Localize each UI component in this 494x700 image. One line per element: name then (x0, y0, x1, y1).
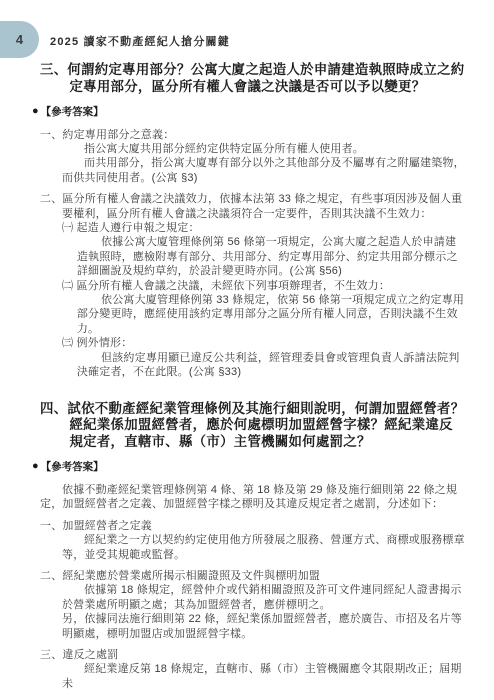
answer-subparagraph: 依據公寓大廈管理條例第 56 條第一項規定，公寓大廈之起造人於申請建造執照時，應… (77, 235, 466, 278)
answer-item: 一、加盟經營者之定義 (40, 519, 466, 533)
question-3-heading: 三、何謂約定專用部分？公寓大廈之起造人於申請建造執照時成立之約定專用部分，區分所… (40, 62, 466, 96)
answer-subitem: ㈡ 區分所有權人會議之決議，未經依下列事項辦理者，不生效力： (62, 279, 466, 293)
question-4-number: 四、 (40, 401, 67, 416)
answer-item: 三、違反之處罰 (40, 648, 466, 662)
answer-paragraph: 經紀業之一方以契約約定使用他方所發展之服務、營運方式、商標或服務標章等，並受其規… (62, 533, 466, 562)
answer-item: 二、區分所有權人會議之決議效力，依據本法第 33 條之規定，有些事項因涉及個人重… (40, 192, 466, 221)
answer-blocks: 一、約定專用部分之意義： 指公寓大廈共用部分經約定供特定區分所有權人使用者。 而… (40, 128, 466, 380)
page-content: 三、何謂約定專用部分？公寓大廈之起造人於申請建造執照時成立之約定專用部分，區分所… (40, 62, 466, 691)
question-4-heading: 四、試依不動產經紀業管理條例及其施行細則說明，何謂加盟經營者？經紀業係加盟經營者… (40, 401, 466, 451)
answer-intro: 依據不動產經紀業管理條例第 4 條、第 18 條及第 29 條及施行細則第 22… (40, 483, 466, 512)
book-page: 4 2025 讀家不動產經紀人搶分關鍵 三、何謂約定專用部分？公寓大廈之起造人於… (0, 0, 494, 700)
answer-subitem: ㈢ 例外情形： (62, 336, 466, 350)
answer-item: 二、經紀業應於營業處所揭示相關證照及文件與標明加盟 (40, 569, 466, 583)
answer-label: ● 【參考答案】 (32, 459, 466, 474)
answer-paragraph: 指公寓大廈共用部分經約定供特定區分所有權人使用者。 (62, 142, 466, 156)
answer-paragraph: 依據第 18 條規定，經營仲介或代銷相關證照及許可文件連同經紀人證書揭示於營業處… (62, 583, 466, 612)
answer-paragraph: 另，依據同法施行細則第 22 條，經紀業係加盟經營者，應於廣告、市招及名片等明顯… (62, 612, 466, 641)
question-4: 四、試依不動產經紀業管理條例及其施行細則說明，何謂加盟經營者？經紀業係加盟經營者… (40, 401, 466, 692)
answer-subparagraph: 依公寓大廈管理條例第 33 條規定，依第 56 條第一項規定成立之約定專用部分變… (77, 293, 466, 336)
page-header: 4 2025 讀家不動產經紀人搶分關鍵 (0, 0, 494, 58)
book-title: 2025 讀家不動產經紀人搶分關鍵 (50, 33, 230, 49)
bullet-icon: ● (32, 461, 39, 472)
question-3-number: 三、 (40, 62, 67, 77)
answer-label: ● 【參考答案】 (32, 104, 466, 119)
question-3-title: 何謂約定專用部分？公寓大廈之起造人於申請建造執照時成立之約定專用部分，區分所有權… (67, 62, 464, 94)
answer-label-text: 【參考答案】 (41, 459, 104, 474)
answer-blocks: 依據不動產經紀業管理條例第 4 條、第 18 條及第 29 條及施行細則第 22… (40, 483, 466, 691)
answer-paragraph: 經紀業違反第 18 條規定，直轄市、縣（市）主管機關應令其限期改正；屆期未 (62, 662, 466, 691)
page-number: 4 (16, 32, 23, 47)
page-number-badge: 4 (0, 21, 39, 58)
question-3: 三、何謂約定專用部分？公寓大廈之起造人於申請建造執照時成立之約定專用部分，區分所… (40, 62, 466, 380)
answer-paragraph: 而共用部分，指公寓大廈專有部分以外之其他部分及不屬專有之附屬建築物，而供共同使用… (62, 156, 466, 185)
question-4-title: 試依不動產經紀業管理條例及其施行細則說明，何謂加盟經營者？經紀業係加盟經營者，應… (67, 401, 464, 450)
answer-subitem: ㈠ 起造人遵行申報之規定： (62, 221, 466, 235)
answer-item: 一、約定專用部分之意義： (40, 128, 466, 142)
answer-label-text: 【參考答案】 (41, 104, 104, 119)
answer-subparagraph: 但該約定專用顯已違反公共利益，經管理委員會或管理負責人訴請法院判決確定者，不在此… (77, 351, 466, 380)
bullet-icon: ● (32, 106, 39, 117)
